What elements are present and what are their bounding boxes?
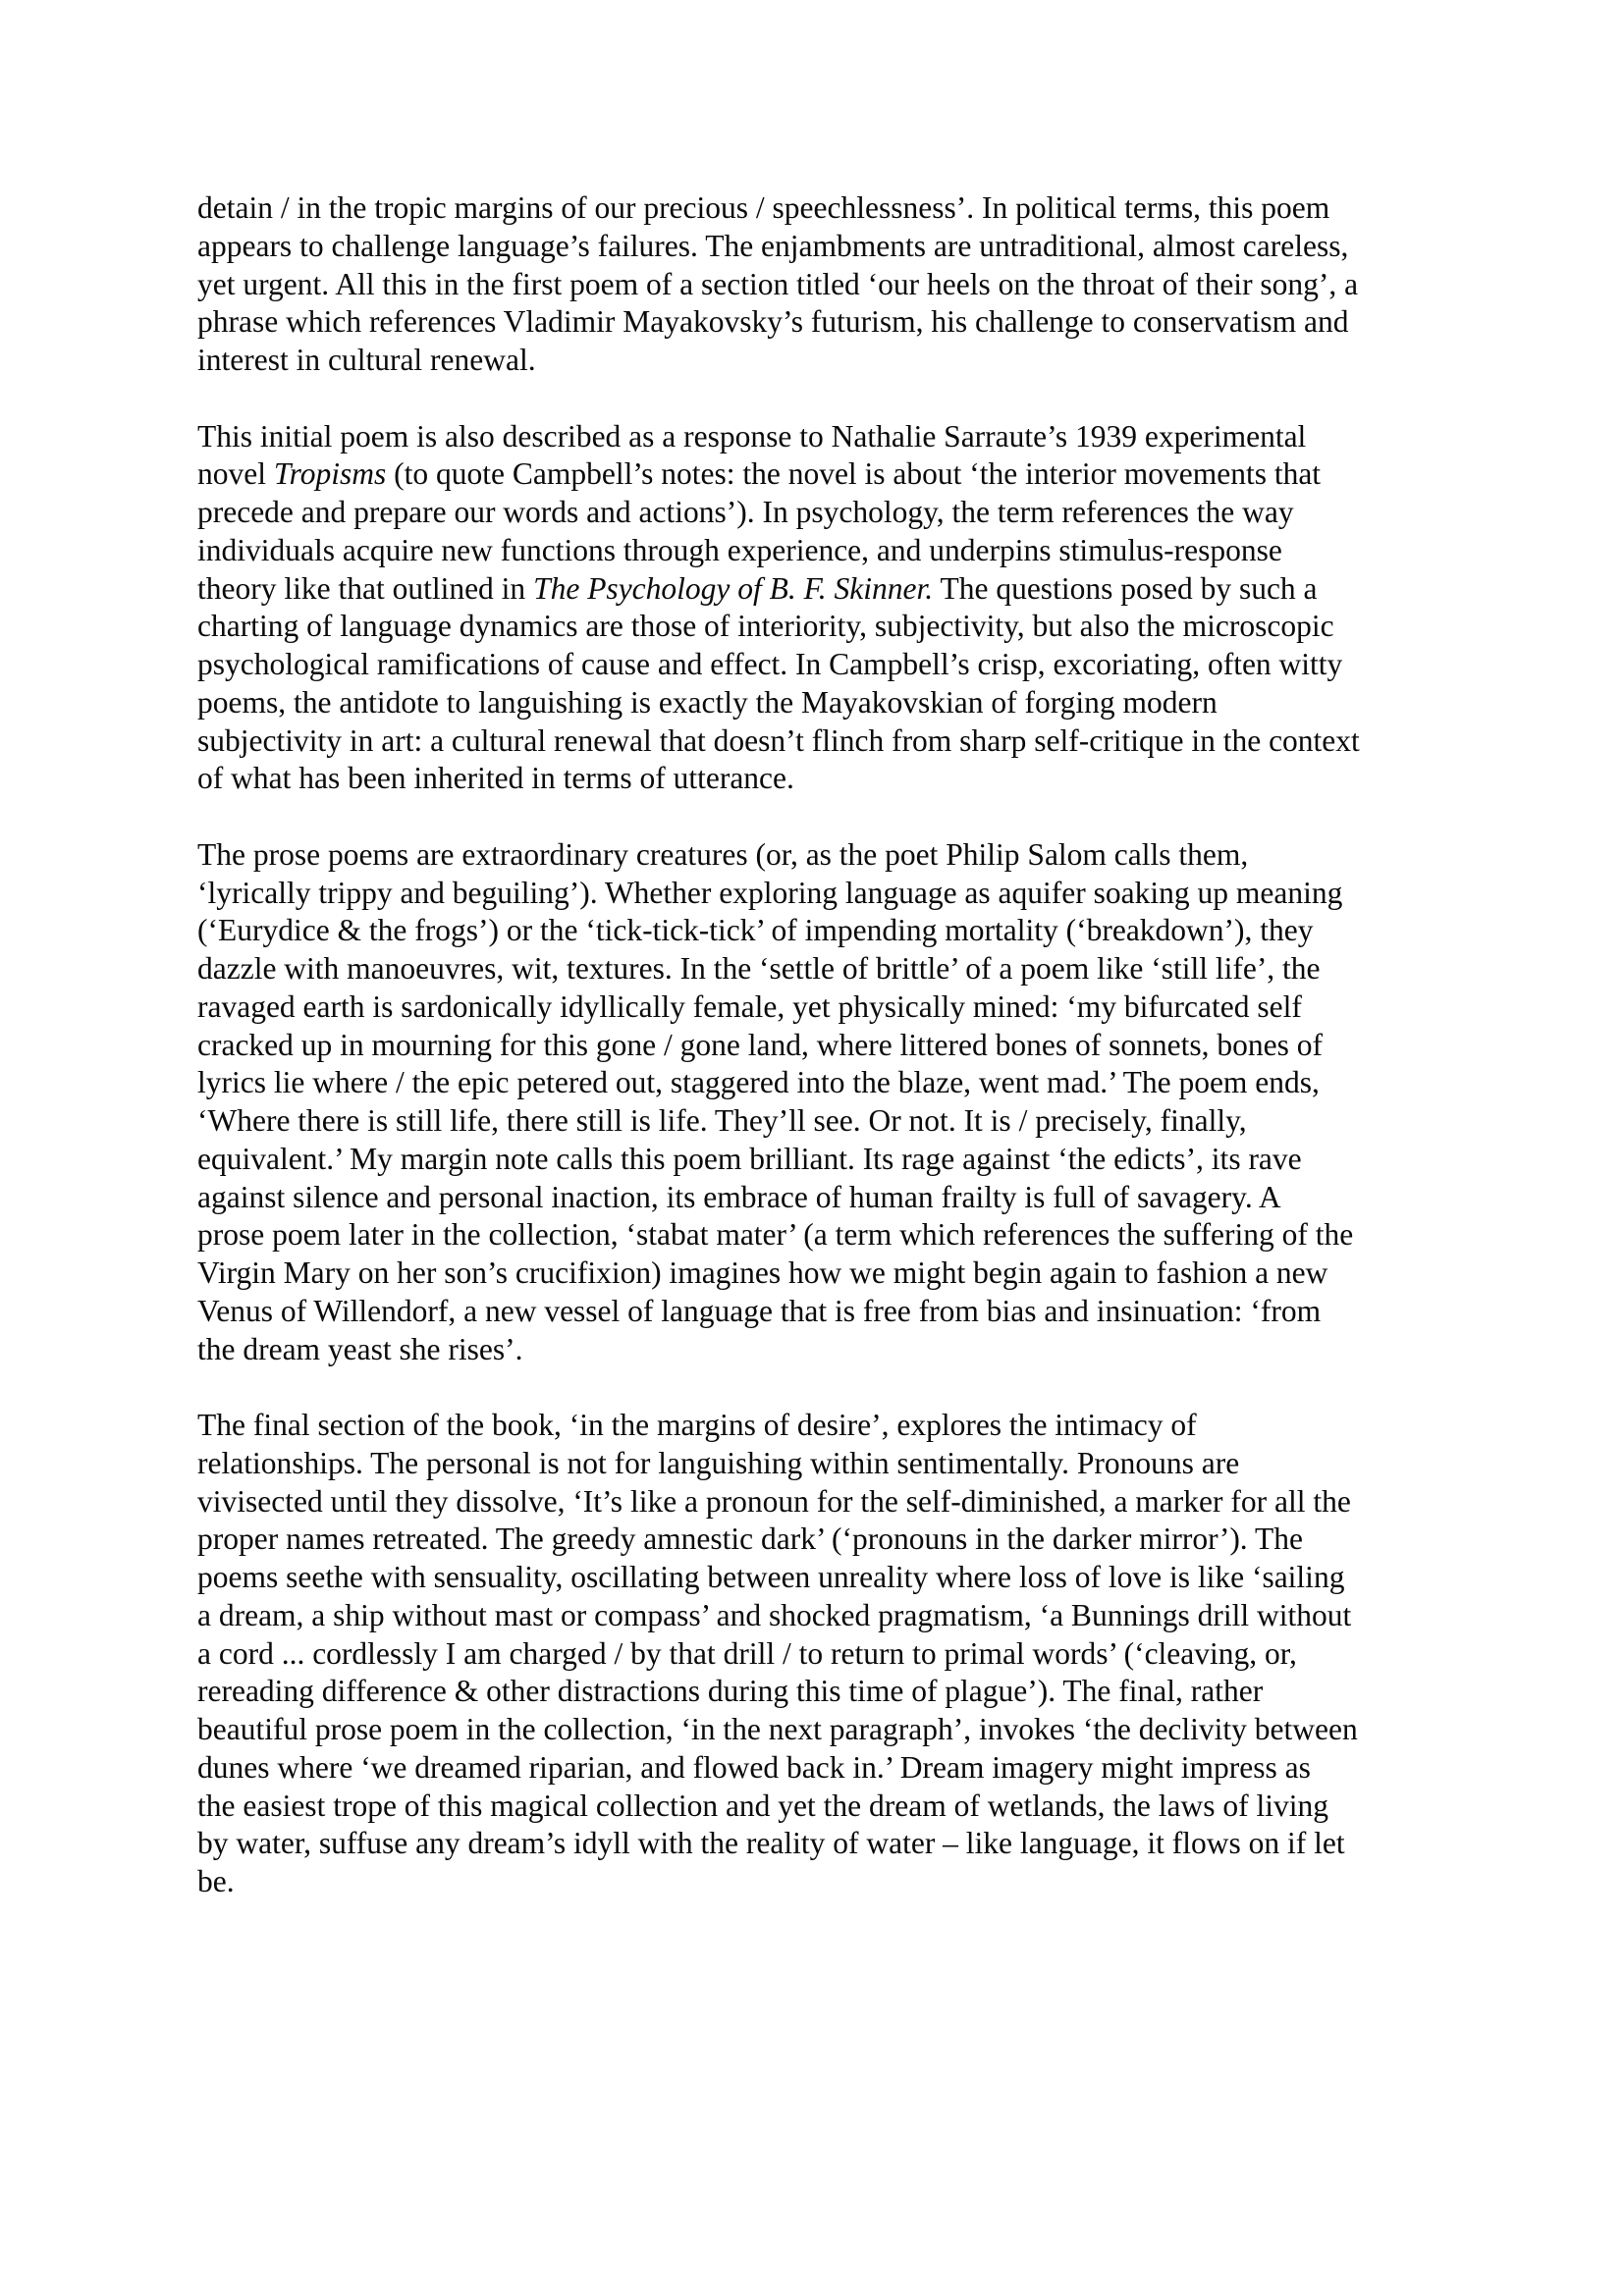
text-line: cracked up in mourning for this gone / g… — [197, 1027, 1454, 1065]
text-segment: theory like that outlined in — [197, 571, 533, 606]
text-segment: vivisected until they dissolve, ‘It’s li… — [197, 1484, 1351, 1519]
text-line: Virgin Mary on her son’s crucifixion) im… — [197, 1255, 1454, 1293]
text-line: the dream yeast she rises’. — [197, 1331, 1454, 1369]
text-line: poems seethe with sensuality, oscillatin… — [197, 1559, 1454, 1597]
text-line: dazzle with manoeuvres, wit, textures. I… — [197, 950, 1454, 988]
text-segment: (‘Eurydice & the frogs’) or the ‘tick-ti… — [197, 913, 1314, 947]
text-line: by water, suffuse any dream’s idyll with… — [197, 1825, 1454, 1863]
body-paragraph: The prose poems are extraordinary creatu… — [197, 836, 1454, 1369]
text-line: equivalent.’ My margin note calls this p… — [197, 1141, 1454, 1179]
text-line: The prose poems are extraordinary creatu… — [197, 836, 1454, 875]
text-line: ravaged earth is sardonically idyllicall… — [197, 988, 1454, 1027]
text-line: The final section of the book, ‘in the m… — [197, 1407, 1454, 1445]
italic-title-text: Tropisms — [274, 456, 386, 491]
text-line: relationships. The personal is not for l… — [197, 1445, 1454, 1483]
text-segment: rereading difference & other distraction… — [197, 1674, 1263, 1708]
text-line: dunes where ‘we dreamed riparian, and fl… — [197, 1749, 1454, 1788]
text-segment: ‘Where there is still life, there still … — [197, 1103, 1247, 1138]
text-segment: cracked up in mourning for this gone / g… — [197, 1028, 1323, 1062]
text-segment: Venus of Willendorf, a new vessel of lan… — [197, 1294, 1321, 1328]
text-line: individuals acquire new functions throug… — [197, 532, 1454, 570]
text-line: be. — [197, 1863, 1454, 1901]
text-line: prose poem later in the collection, ‘sta… — [197, 1216, 1454, 1255]
text-line: subjectivity in art: a cultural renewal … — [197, 722, 1454, 761]
text-segment: the easiest trope of this magical collec… — [197, 1789, 1328, 1823]
text-line: the easiest trope of this magical collec… — [197, 1788, 1454, 1826]
text-line: Venus of Willendorf, a new vessel of lan… — [197, 1293, 1454, 1331]
text-segment: a cord ... cordlessly I am charged / by … — [197, 1636, 1297, 1671]
text-segment: interest in cultural renewal. — [197, 343, 536, 377]
text-segment: ‘lyrically trippy and beguiling’). Wheth… — [197, 876, 1342, 910]
text-segment: detain / in the tropic margins of our pr… — [197, 190, 1329, 225]
text-line: charting of language dynamics are those … — [197, 608, 1454, 646]
text-line: theory like that outlined in The Psychol… — [197, 570, 1454, 609]
text-segment: beautiful prose poem in the collection, … — [197, 1712, 1358, 1746]
text-segment: dunes where ‘we dreamed riparian, and fl… — [197, 1750, 1311, 1785]
text-line: rereading difference & other distraction… — [197, 1673, 1454, 1711]
text-segment: psychological ramifications of cause and… — [197, 647, 1342, 681]
text-segment: against silence and personal inaction, i… — [197, 1180, 1281, 1214]
text-line: of what has been inherited in terms of u… — [197, 760, 1454, 798]
text-segment: phrase which references Vladimir Mayakov… — [197, 304, 1348, 339]
text-line: detain / in the tropic margins of our pr… — [197, 189, 1454, 228]
text-line: novel Tropisms (to quote Campbell’s note… — [197, 455, 1454, 494]
text-line: (‘Eurydice & the frogs’) or the ‘tick-ti… — [197, 912, 1454, 950]
text-line: poems, the antidote to languishing is ex… — [197, 684, 1454, 722]
text-segment: Virgin Mary on her son’s crucifixion) im… — [197, 1255, 1327, 1290]
text-segment: a dream, a ship without mast or compass’… — [197, 1598, 1351, 1632]
text-line: psychological ramifications of cause and… — [197, 646, 1454, 684]
text-segment: The questions posed by such a — [933, 571, 1317, 606]
text-line: against silence and personal inaction, i… — [197, 1179, 1454, 1217]
text-segment: lyrics lie where / the epic petered out,… — [197, 1065, 1320, 1099]
text-segment: subjectivity in art: a cultural renewal … — [197, 723, 1360, 758]
text-segment: (to quote Campbell’s notes: the novel is… — [386, 456, 1321, 491]
text-line: interest in cultural renewal. — [197, 342, 1454, 380]
text-line: precede and prepare our words and action… — [197, 494, 1454, 532]
text-segment: The final section of the book, ‘in the m… — [197, 1408, 1197, 1442]
italic-title-text: The Psychology of B. F. Skinner. — [533, 571, 933, 606]
document-page: detain / in the tropic margins of our pr… — [197, 189, 1454, 1940]
text-segment: The prose poems are extraordinary creatu… — [197, 837, 1248, 872]
text-line: yet urgent. All this in the first poem o… — [197, 266, 1454, 304]
text-segment: the dream yeast she rises’. — [197, 1332, 523, 1366]
text-segment: proper names retreated. The greedy amnes… — [197, 1522, 1303, 1556]
text-segment: equivalent.’ My margin note calls this p… — [197, 1142, 1302, 1176]
text-segment: dazzle with manoeuvres, wit, textures. I… — [197, 951, 1321, 986]
text-segment: poems, the antidote to languishing is ex… — [197, 685, 1218, 720]
text-segment: by water, suffuse any dream’s idyll with… — [197, 1826, 1345, 1860]
text-segment: appears to challenge language’s failures… — [197, 229, 1348, 263]
text-line: This initial poem is also described as a… — [197, 418, 1454, 456]
text-line: ‘Where there is still life, there still … — [197, 1102, 1454, 1141]
text-line: phrase which references Vladimir Mayakov… — [197, 303, 1454, 342]
body-paragraph: detain / in the tropic margins of our pr… — [197, 189, 1454, 380]
text-line: proper names retreated. The greedy amnes… — [197, 1521, 1454, 1559]
text-line: vivisected until they dissolve, ‘It’s li… — [197, 1483, 1454, 1522]
text-segment: be. — [197, 1864, 235, 1898]
body-paragraph: This initial poem is also described as a… — [197, 418, 1454, 799]
text-line: appears to challenge language’s failures… — [197, 228, 1454, 266]
text-segment: yet urgent. All this in the first poem o… — [197, 267, 1358, 301]
text-segment: relationships. The personal is not for l… — [197, 1446, 1239, 1480]
text-line: a cord ... cordlessly I am charged / by … — [197, 1635, 1454, 1674]
text-segment: of what has been inherited in terms of u… — [197, 761, 794, 795]
text-segment: individuals acquire new functions throug… — [197, 533, 1282, 567]
text-segment: charting of language dynamics are those … — [197, 609, 1334, 643]
text-line: ‘lyrically trippy and beguiling’). Wheth… — [197, 875, 1454, 913]
text-segment: poems seethe with sensuality, oscillatin… — [197, 1560, 1344, 1594]
text-segment: precede and prepare our words and action… — [197, 495, 1294, 529]
text-segment: novel — [197, 456, 274, 491]
text-segment: prose poem later in the collection, ‘sta… — [197, 1217, 1353, 1252]
text-segment: This initial poem is also described as a… — [197, 419, 1306, 454]
text-line: a dream, a ship without mast or compass’… — [197, 1597, 1454, 1635]
text-line: beautiful prose poem in the collection, … — [197, 1711, 1454, 1749]
body-paragraph: The final section of the book, ‘in the m… — [197, 1407, 1454, 1901]
text-segment: ravaged earth is sardonically idyllicall… — [197, 989, 1302, 1024]
text-line: lyrics lie where / the epic petered out,… — [197, 1064, 1454, 1102]
